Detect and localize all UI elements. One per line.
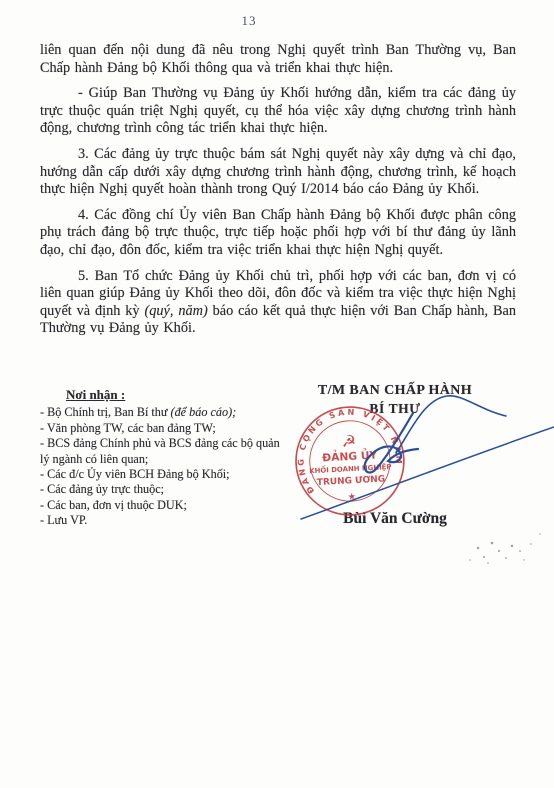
recipients-block: Nơi nhận : - Bộ Chính trị, Ban Bí thư (đ… bbox=[40, 387, 280, 529]
paragraph-text: 4. Các đồng chí Ủy viên Ban Chấp hành Đả… bbox=[40, 207, 516, 258]
recipients-heading: Nơi nhận : bbox=[66, 387, 280, 402]
recipient-text: - Văn phòng TW, các ban đảng TW; bbox=[40, 421, 216, 435]
official-seal-stamp: ĐẢNG CỘNG SẢN VIỆT NAM ☭ ĐẢNG ỦY KHỐI DO… bbox=[288, 402, 412, 522]
page-number: 13 bbox=[0, 13, 554, 29]
paragraph-italic-text: (quý, năm) bbox=[144, 303, 207, 319]
paragraph-text: - Giúp Ban Thường vụ Đảng ủy Khối hướng … bbox=[40, 85, 516, 136]
recipient-item: - Bộ Chính trị, Ban Bí thư (để báo cáo); bbox=[40, 405, 280, 420]
recipient-text: - Bộ Chính trị, Ban Bí thư bbox=[40, 405, 171, 419]
paragraph-text: liên quan đến nội dung đã nêu trong Nghị… bbox=[40, 42, 516, 76]
recipient-italic-text: (để báo cáo); bbox=[171, 405, 237, 419]
paragraph: 5. Ban Tổ chức Đảng ủy Khối chủ trì, phố… bbox=[40, 268, 516, 338]
document-page: 13 liên quan đến nội dung đã nêu trong N… bbox=[0, 0, 554, 788]
stamp-line3: TRUNG ƯƠNG bbox=[317, 475, 386, 489]
star-icon: ★ bbox=[348, 492, 357, 502]
document-body: liên quan đến nội dung đã nêu trong Nghị… bbox=[40, 42, 516, 346]
recipient-text: - Lưu VP. bbox=[40, 513, 87, 527]
stamp-line1: ĐẢNG ỦY bbox=[322, 448, 378, 465]
recipient-text: - Các đ/c Ủy viên BCH Đảng bộ Khối; bbox=[40, 467, 230, 481]
recipient-item: - Lưu VP. bbox=[40, 513, 280, 528]
recipient-item: - Các đảng ủy trực thuộc; bbox=[40, 482, 280, 497]
recipient-text: - Các ban, đơn vị thuộc DUK; bbox=[40, 498, 187, 512]
paragraph: 4. Các đồng chí Ủy viên Ban Chấp hành Đả… bbox=[40, 207, 516, 260]
paragraph: 3. Các đảng ủy trực thuộc bám sát Nghị q… bbox=[40, 146, 516, 199]
recipient-text: - Các đảng ủy trực thuộc; bbox=[40, 482, 164, 496]
paragraph: liên quan đến nội dung đã nêu trong Nghị… bbox=[40, 42, 516, 77]
signature-authority: T/M BAN CHẤP HÀNH bbox=[288, 383, 502, 399]
recipient-item: - Các ban, đơn vị thuộc DUK; bbox=[40, 498, 280, 513]
recipient-item: - Các đ/c Ủy viên BCH Đảng bộ Khối; bbox=[40, 467, 280, 482]
paragraph-text: 3. Các đảng ủy trực thuộc bám sát Nghị q… bbox=[40, 146, 516, 197]
recipient-item: - Văn phòng TW, các ban đảng TW; bbox=[40, 421, 280, 436]
recipient-text: - BCS đảng Chính phủ và BCS đảng các bộ … bbox=[40, 436, 280, 465]
paragraph: - Giúp Ban Thường vụ Đảng ủy Khối hướng … bbox=[40, 85, 516, 138]
recipient-item: - BCS đảng Chính phủ và BCS đảng các bộ … bbox=[40, 436, 280, 467]
stamp-line2: KHỐI DOANH NGHIỆP bbox=[309, 461, 392, 475]
hammer-sickle-icon: ☭ bbox=[341, 431, 357, 451]
scan-noise-speckles bbox=[469, 533, 541, 564]
